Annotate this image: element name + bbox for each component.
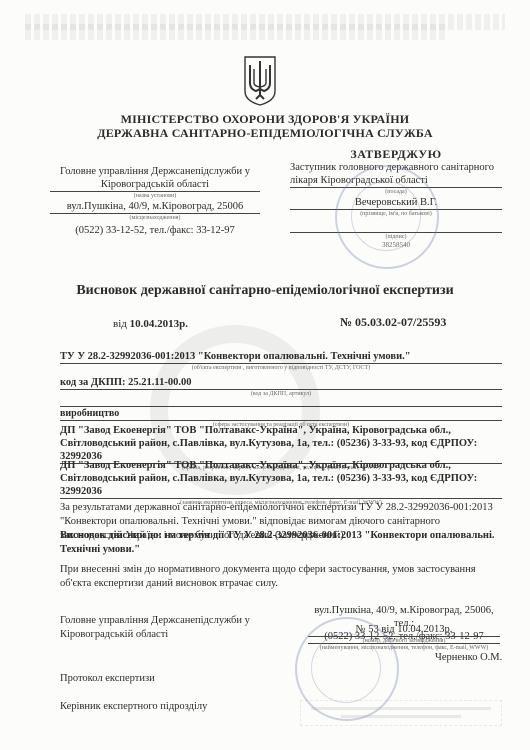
institution-name-caption: (назва установи): [50, 192, 260, 200]
service-name: ДЕРЖАВНА САНІТАРНО-ЕПІДЕМІОЛОГІЧНА СЛУЖБ…: [0, 126, 530, 140]
official-stamp: [335, 165, 439, 269]
trident-coat-of-arms-icon: [242, 55, 278, 107]
institution-address-caption: (місцезнаходження): [50, 214, 260, 222]
applicant: ДП "Завод Екоенергія" ТОВ "Полтавакс-Укр…: [60, 459, 502, 507]
faint-rectangular-stamp: [300, 700, 502, 726]
conclusion-validity: Висновок дійсний до: на термін дії ТУ У …: [60, 529, 505, 557]
document-date: від 10.04.2013р.: [113, 318, 188, 330]
expertise-object: ТУ У 28.2-32992036-001:2013 "Конвектори …: [60, 350, 502, 372]
institution-block: Головне управління Держсанепідслужби у К…: [50, 165, 260, 237]
ministry-header: МІНІСТЕРСТВО ОХОРОНИ ЗДОРОВ'Я УКРАЇНИ ДЕ…: [0, 112, 530, 140]
head-name: Черненко О.М.: [435, 652, 502, 663]
institution-phone: (0522) 33-12-52, тел./факс: 33-12-97: [50, 224, 260, 237]
footer-institution: Головне управління Держсанепідслужби у К…: [60, 614, 260, 642]
protocol-label: Протокол експертизи: [60, 672, 260, 686]
scan-bleedthrough: [25, 24, 445, 40]
institution-name: Головне управління Держсанепідслужби у К…: [50, 165, 260, 192]
document-number: № 05.03.02-07/25593: [340, 315, 446, 330]
document-title: Висновок державної санітарно-епідеміолог…: [0, 283, 530, 299]
institution-address: вул.Пушкіна, 40/9, м.Кіровоград, 25006: [50, 200, 260, 214]
conclusion-note: При внесенні змін до нормативного докуме…: [60, 563, 505, 591]
head-label: Керівник експертного підрозділу: [60, 700, 260, 714]
ministry-name: МІНІСТЕРСТВО ОХОРОНИ ЗДОРОВ'Я УКРАЇНИ: [0, 112, 530, 126]
approval-heading: ЗАТВЕРДЖУЮ: [290, 148, 502, 161]
